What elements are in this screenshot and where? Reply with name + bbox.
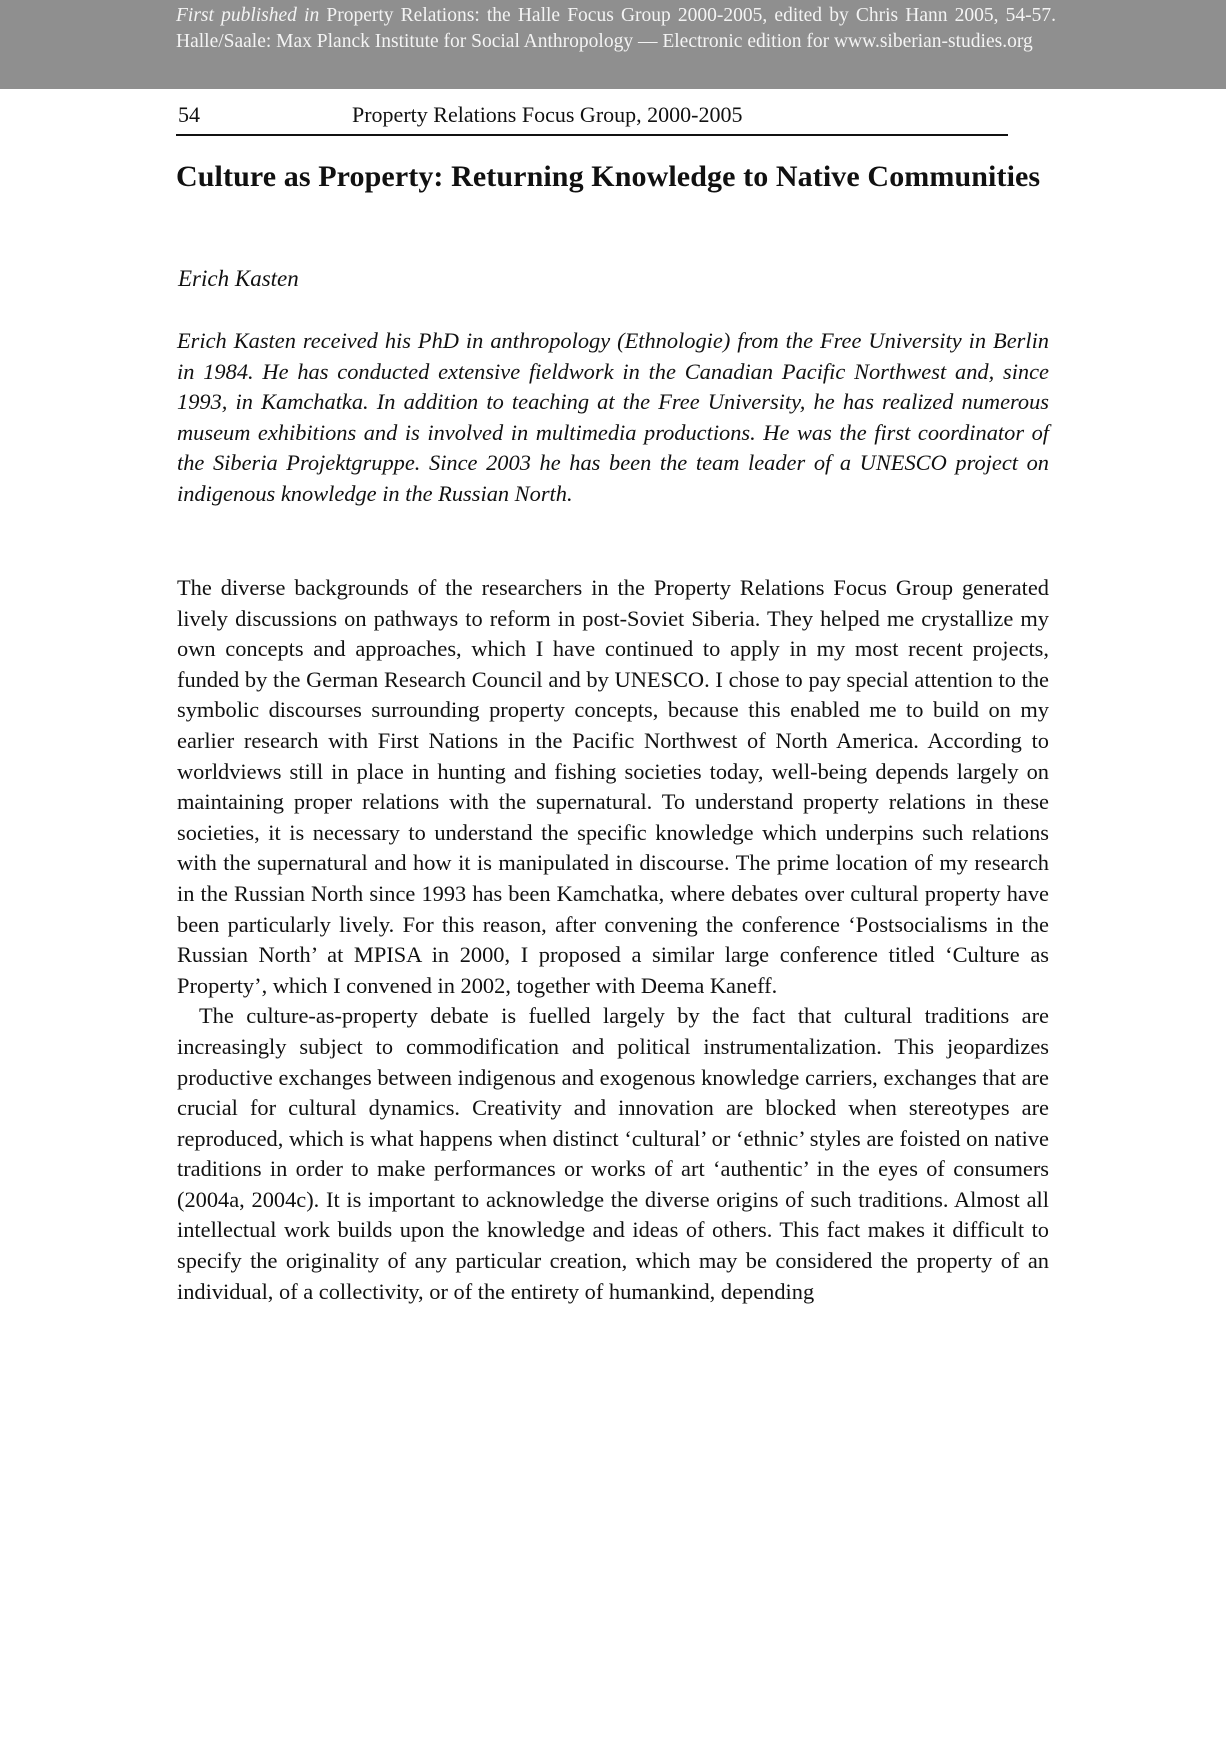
body-paragraph: The diverse backgrounds of the researche… [177,573,1049,1001]
publication-banner: First published in Property Relations: t… [0,0,1226,89]
article-body: The diverse backgrounds of the researche… [177,573,1049,1307]
running-head: 54 Property Relations Focus Group, 2000-… [176,100,1008,136]
publication-notice: First published in Property Relations: t… [176,3,1056,55]
page-number: 54 [178,100,200,130]
banner-italic-prefix: First published in [176,5,319,26]
author-bio: Erich Kasten received his PhD in anthrop… [177,326,1049,510]
article-author: Erich Kasten [178,264,299,294]
body-paragraph: The culture-as-property debate is fuelle… [177,1001,1049,1307]
article-title: Culture as Property: Returning Knowledge… [176,158,1056,196]
running-head-title: Property Relations Focus Group, 2000-200… [352,100,742,130]
